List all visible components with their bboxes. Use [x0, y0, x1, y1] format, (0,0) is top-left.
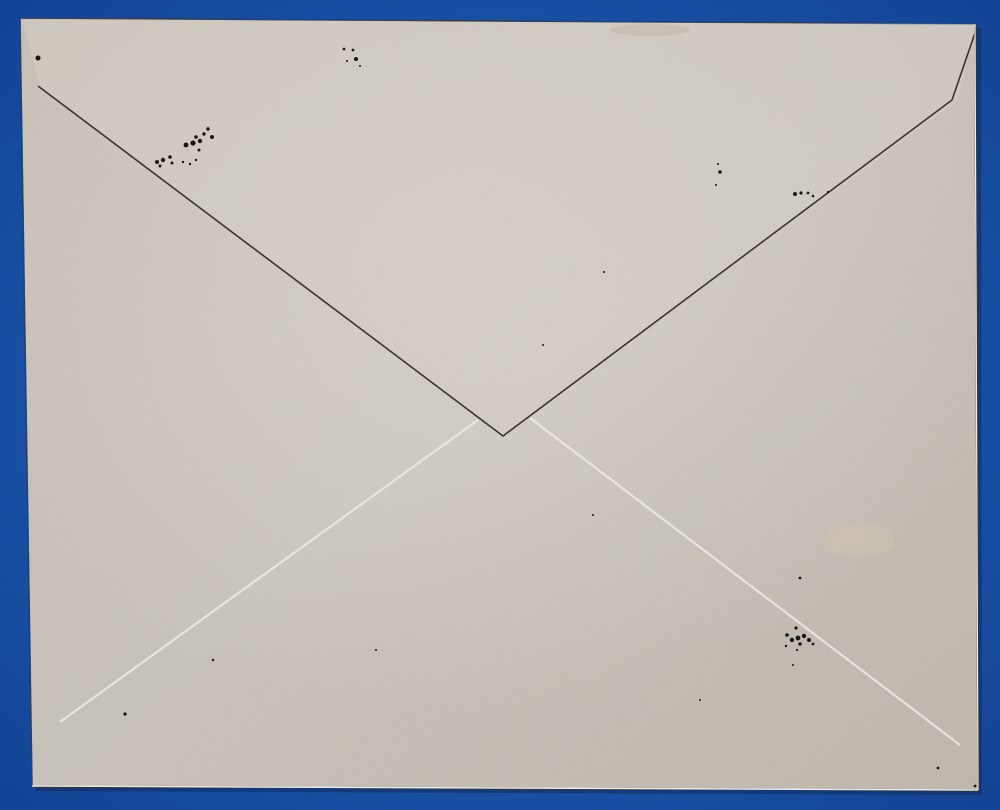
envelope-illustration	[0, 0, 1000, 810]
envelope-back	[20, 18, 978, 790]
paper-stain	[825, 522, 895, 558]
paper-stain	[610, 24, 690, 36]
photo-scene: Back of a plain vintage envelope on a bl…	[0, 0, 1000, 810]
